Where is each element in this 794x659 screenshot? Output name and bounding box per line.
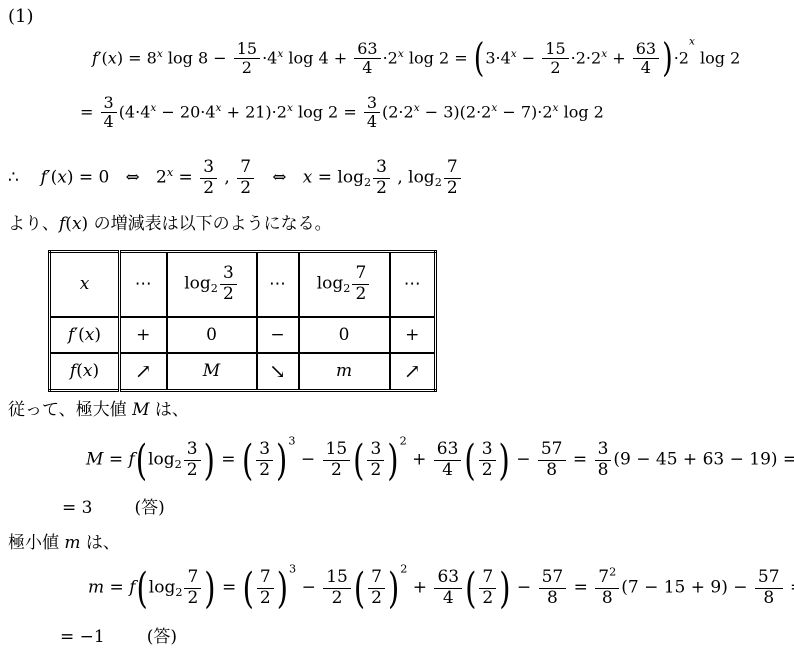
sign-table-row-x: x ⋯ log232 ⋯ log272 ⋯ (50, 252, 436, 317)
table-cell: + (390, 317, 436, 353)
maximum-equation-line: M = f(log232) = (32)3 − 152(32)2 + 634(3… (86, 440, 794, 480)
maximum-result: = 3 (62, 498, 92, 518)
derivative-equation-line-2: = 34(4·4x − 20·4x + 21)·2x log 2 = 34(2·… (80, 94, 604, 132)
table-cell: 0 (167, 317, 257, 353)
table-cell: ⋯ (120, 252, 167, 317)
table-cell: M (167, 353, 257, 391)
minimum-intro-text: 極小値 m は、 (8, 533, 120, 554)
table-cell: log232 (167, 252, 257, 317)
decrease-arrow-cell: ↘ (257, 353, 299, 391)
minimum-result: = −1 (60, 627, 105, 647)
derivative-equation-line-1: f′(x) = 8x log 8 − 152·4x log 4 + 634·2x… (92, 40, 740, 78)
table-cell: log272 (299, 252, 390, 317)
minimum-answer-label: (答) (147, 627, 177, 647)
table-intro-text: より、f(x) の増減表は以下のようになる。 (8, 214, 332, 235)
problem-number: (1) (8, 6, 34, 29)
table-cell: ⋯ (390, 252, 436, 317)
table-cell: ⋯ (257, 252, 299, 317)
sign-table-row-f: f(x) ↗ M ↘ m ↗ (50, 353, 436, 391)
table-header-f: f(x) (50, 353, 120, 391)
table-cell: m (299, 353, 390, 391)
sign-table: x ⋯ log232 ⋯ log272 ⋯ f′(x) + 0 − 0 + f(… (48, 250, 437, 392)
math-solution-page: (1) f′(x) = 8x log 8 − 152·4x log 4 + 63… (0, 0, 794, 659)
critical-points-line: ∴ f′(x) = 0 ⇔ 2x = 32 , 72 ⇔ x = log232 … (8, 158, 463, 198)
sign-table-row-fprime: f′(x) + 0 − 0 + (50, 317, 436, 353)
table-cell: − (257, 317, 299, 353)
maximum-answer-label: (答) (134, 498, 164, 518)
table-header-x: x (50, 252, 120, 317)
increase-arrow-cell: ↗ (390, 353, 436, 391)
minimum-result-line: = −1(答) (60, 627, 177, 648)
table-header-fprime: f′(x) (50, 317, 120, 353)
minimum-equation-line: m = f(log272) = (72)3 − 152(72)2 + 634(7… (88, 568, 794, 608)
maximum-result-line: = 3(答) (62, 498, 165, 519)
increase-arrow-cell: ↗ (120, 353, 167, 391)
table-cell: + (120, 317, 167, 353)
table-cell: 0 (299, 317, 390, 353)
maximum-intro-text: 従って、極大値 M は、 (8, 400, 189, 421)
